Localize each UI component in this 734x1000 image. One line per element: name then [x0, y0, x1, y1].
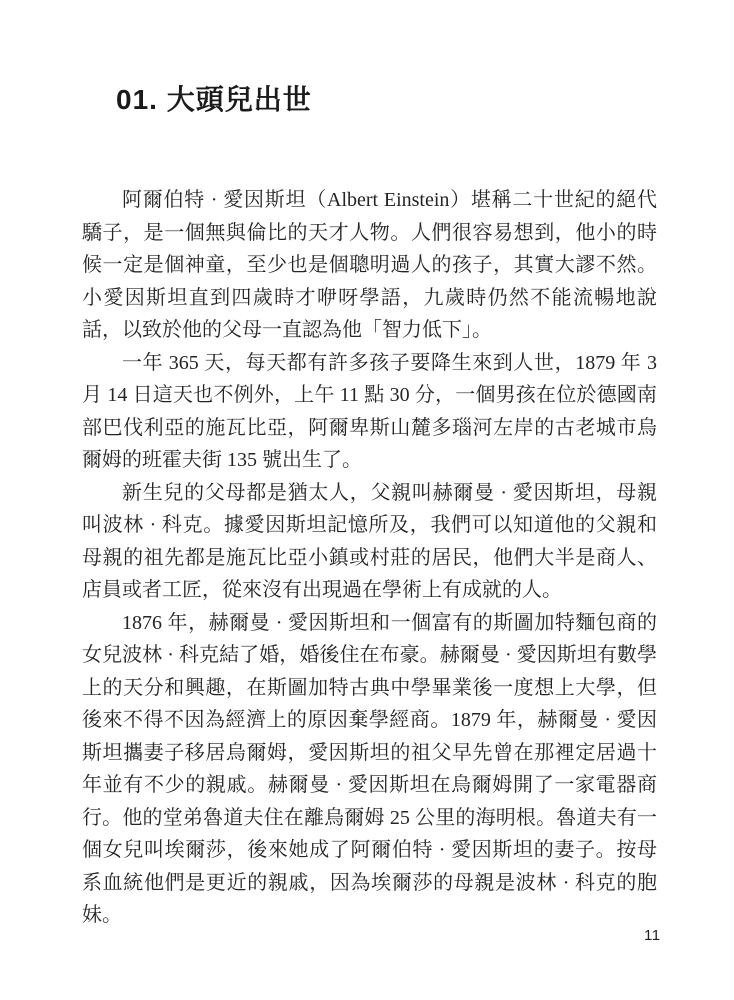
body-paragraph: 新生兒的父母都是猶太人，父親叫赫爾曼 · 愛因斯坦，母親叫波林 · 科克。據愛因… [82, 477, 657, 607]
body-paragraph: 一年 365 天，每天都有許多孩子要降生來到人世，1879 年 3 月 14 日… [82, 347, 657, 477]
page-number: 11 [644, 926, 661, 946]
body-paragraph: 1876 年，赫爾曼 · 愛因斯坦和一個富有的斯圖加特麵包商的女兒波林 · 科克… [82, 607, 657, 932]
book-page: 01. 大頭兒出世 阿爾伯特 · 愛因斯坦（Albert Einstein）堪稱… [0, 0, 734, 1000]
body-text: 阿爾伯特 · 愛因斯坦（Albert Einstein）堪稱二十世紀的絕代驕子，… [82, 184, 657, 932]
chapter-title: 01. 大頭兒出世 [116, 82, 312, 118]
body-paragraph: 阿爾伯特 · 愛因斯坦（Albert Einstein）堪稱二十世紀的絕代驕子，… [82, 184, 657, 347]
